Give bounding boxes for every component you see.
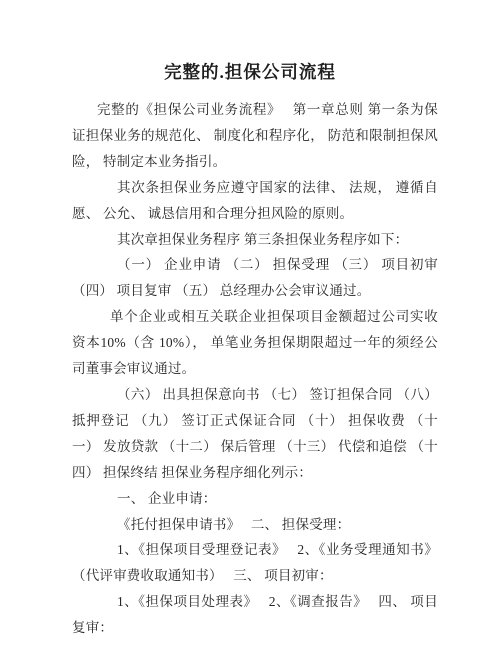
document-page: 完整的.担保公司流程 完整的《担保公司业务流程》 第一章总则 第一条为保证担保业… (0, 0, 500, 657)
paragraph: 单个企业或相互关联企业担保项目金额超过公司实收资本10%（含 10%）， 单笔业… (72, 304, 438, 382)
paragraph: 一、 企业申请： (72, 486, 438, 512)
document-body: 完整的《担保公司业务流程》 第一章总则 第一条为保证担保业务的规范化、 制度化和… (0, 97, 500, 641)
paragraph: 完整的《担保公司业务流程》 第一章总则 第一条为保证担保业务的规范化、 制度化和… (72, 97, 438, 175)
paragraph: 其次条担保业务应遵守国家的法律、 法规， 遵循自愿、 公允、 诚恳信用和合理分担… (72, 175, 438, 227)
paragraph: 《托付担保申请书》 二、 担保受理： (72, 512, 438, 538)
paragraph: 1、《担保项目受理登记表》 2、《业务受理通知书》（代评审费收取通知书） 三、 … (72, 537, 438, 589)
paragraph: （六） 出具担保意向书 （七） 签订担保合同 （八） 抵押登记 （九） 签订正式… (72, 382, 438, 486)
paragraph: 其次章担保业务程序 第三条担保业务程序如下： (72, 227, 438, 253)
paragraph: （一） 企业申请 （二） 担保受理 （三） 项目初审 （四） 项目复审 （五） … (72, 252, 438, 304)
paragraph: 1、《担保项目处理表》 2、《调查报告》 四、 项目复审： (72, 589, 438, 641)
document-title: 完整的.担保公司流程 (0, 60, 500, 84)
